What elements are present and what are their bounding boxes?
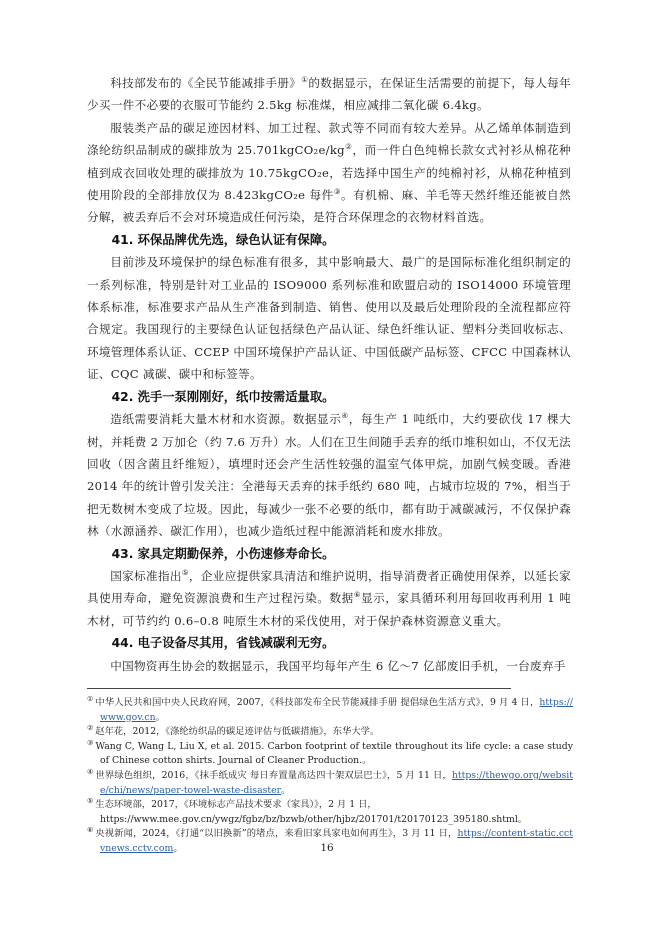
footnote-url-mee: https://www.mee.gov.cn/ywgz/fgbz/bz/bzwb… [100,814,527,825]
footnote-marker: ⑤ [87,797,93,805]
footnotes-block: ①中华人民共和国中央人民政府网，2007，《科技部发布全民节能减排手册 提倡绿色… [87,688,573,857]
footnote-3: ③Wang C, Wang L, Liu X, et al. 2015. Car… [87,740,573,769]
footnote-4: ④世界绿色组织，2016，《抹手纸成灾 每日弃置量高达四十架双层巴士》，5 月 … [87,769,573,798]
footnote-marker: ④ [87,768,93,776]
document-page: 科技部发布的《全民节能减排手册》①的数据显示，在保证生活需要的前提下，每人每年少… [0,0,654,925]
footnote-marker: ⑥ [87,826,93,834]
footnote-separator [87,688,511,689]
paragraph-42: 造纸需要消耗大量木材和水资源。数据显示④，每生产 1 吨纸巾，大约要砍伐 17 … [87,408,571,542]
document-body: 科技部发布的《全民节能减排手册》①的数据显示，在保证生活需要的前提下，每人每年少… [87,72,571,677]
footnote-2: ②赵年花，2012，《涤纶纺织品的碳足迹评估与低碳措施》，东华大学。 [87,725,573,740]
footnote-5: ⑤生态环境部，2017，《环境标志产品技术要求（家具）》，2 月 1 日，htt… [87,798,573,827]
paragraph-text: 国家标准指出 [110,569,182,583]
paragraph-text: 造纸需要消耗大量木材和水资源。数据显示 [110,412,341,426]
footnote-text: 。 [156,712,165,723]
footnote-ref-6: ⑥ [354,590,361,599]
footnote-text: Wang C, Wang L, Liu X, et al. 2015. Carb… [96,741,574,767]
footnote-text: 赵年花，2012，《涤纶纺织品的碳足迹评估与低碳措施》，东华大学。 [95,726,379,737]
footnote-text: 中华人民共和国中央人民政府网，2007，《科技部发布全民节能减排手册 提倡绿色生… [95,697,539,708]
section-heading-44: 44. 电子设备尽其用，省钱减碳利无穷。 [87,632,571,654]
footnote-marker: ② [87,724,93,732]
paragraph-intro-1: 科技部发布的《全民节能减排手册》①的数据显示，在保证生活需要的前提下，每人每年少… [87,72,571,117]
footnote-marker: ① [87,695,93,703]
footnote-ref-4: ④ [341,411,348,420]
footnote-text: 。 [281,785,290,796]
paragraph-41: 目前涉及环境保护的绿色标准有很多，其中影响最大、最广的是国际标准化组织制定的一系… [87,251,571,385]
footnote-text: 央视新闻，2024，《打通“以旧换新”的堵点，来看旧家具家电如何再生》，3 月 … [95,828,457,839]
footnote-text: 世界绿色组织，2016，《抹手纸成灾 每日弃置量高达四十架双层巴士》，5 月 1… [95,770,451,781]
section-heading-43: 43. 家具定期勤保养，小伤速修寿命长。 [87,543,571,565]
section-heading-42: 42. 洗手一泵刚刚好，纸巾按需适量取。 [87,386,571,408]
paragraph-44: 中国物资再生协会的数据显示，我国平均每年产生 6 亿～7 亿部废旧手机，一台废弃… [87,655,571,677]
paragraph-text: ，每生产 1 吨纸巾，大约要砍伐 17 棵大树，并耗费 2 万加仑（约 7.6 … [87,412,571,538]
paragraph-text: 科技部发布的《全民节能减排手册》 [110,76,301,90]
footnote-ref-3: ③ [334,187,341,196]
paragraph-43: 国家标准指出⑤，企业应提供家具清洁和维护说明，指导消费者正确使用保养，以延长家具… [87,565,571,632]
footnote-ref-5: ⑤ [182,568,189,577]
paragraph-intro-2: 服装类产品的碳足迹因材料、加工过程、款式等不同而有较大差异。从乙烯单体制造到涤纶… [87,117,571,229]
footnote-1: ①中华人民共和国中央人民政府网，2007，《科技部发布全民节能减排手册 提倡绿色… [87,696,573,725]
section-heading-41: 41. 环保品牌优先选，绿色认证有保障。 [87,229,571,251]
footnote-text: 生态环境部，2017，《环境标志产品技术要求（家具）》，2 月 1 日， [95,799,376,810]
footnote-marker: ③ [87,739,94,747]
page-number: 16 [0,842,654,854]
